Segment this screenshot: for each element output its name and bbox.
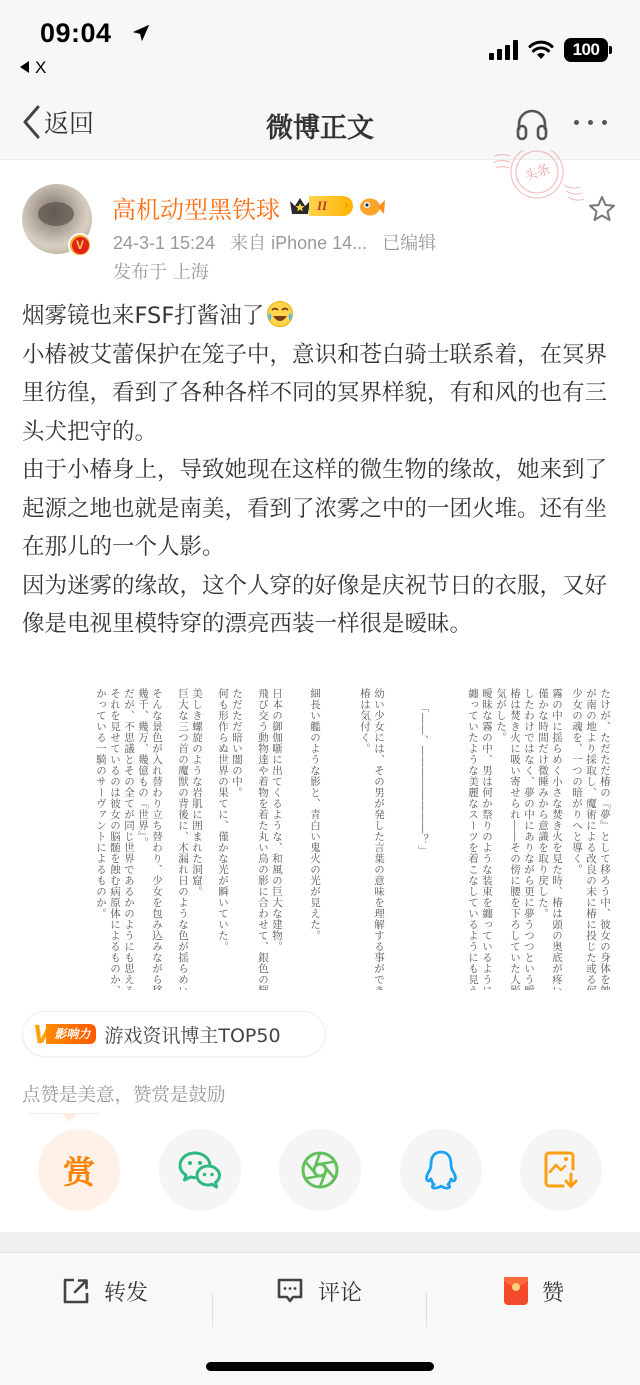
post-paragraph: 因为迷雾的缘故，这个人穿的好像是庆祝节日的衣服，又好像是电视里模特穿的漂亮西装一… [22,567,622,644]
influence-badge: V 影响力 [33,1023,96,1045]
back-app-label: X [35,58,46,77]
home-indicator[interactable] [206,1362,434,1371]
post-meta: 24-3-1 15:24 来自 iPhone 14... 已编辑 [113,229,446,255]
post-source[interactable]: 来自 iPhone 14... [230,233,367,253]
wifi-icon [528,40,554,60]
crown-icon [289,195,311,217]
post-date: 24-3-1 15:24 [113,233,215,253]
reward-button[interactable]: 赏 [38,1129,120,1211]
status-bar: 09:04 X 100 [0,0,640,90]
more-dot [574,120,579,125]
post-location: 发布于 上海 [113,258,209,284]
tooltip-arrow-icon [62,1114,76,1122]
verified-badge-label: V [72,237,89,254]
back-triangle-icon [20,61,29,73]
aperture-icon [300,1150,340,1190]
member-badge[interactable]: II [289,195,353,217]
book-text-column: 少女の魂を、一つの暗がりへと導く。 [570,688,584,875]
toolbar-divider [212,1293,213,1327]
back-to-app-button[interactable]: X [20,58,46,78]
book-text-column: が南の地より採取し、魔術による改良の末に椿に投じた或る何かの末裔が [584,688,598,990]
wechat-icon [178,1150,222,1190]
section-divider [0,1232,640,1252]
comment-button[interactable]: 评论 [276,1273,362,1309]
status-indicators: 100 [489,38,608,62]
comment-label: 评论 [318,1276,362,1307]
repost-label: 转发 [104,1276,148,1307]
share-wechat-button[interactable] [159,1129,241,1211]
laugh-cry-emoji-icon [266,300,294,328]
reward-label: 赏 [63,1147,95,1193]
like-label: 赞 [542,1276,564,1307]
avatar-cat-face [38,202,74,226]
book-text-column: 美しき螺旋のような岩肌に囲まれた洞窟。 [190,688,204,897]
book-text-column: 曖昧な霧の中、男は何か祭りのような装束を纏っているようにも、テレ [480,688,494,990]
book-text-column: 僅かな時間だけ微睡みから意識を取り戻した。 [536,688,550,919]
qq-penguin-icon [424,1150,458,1190]
post-text-line: 烟雾镜也来FSF打酱油了 [22,303,264,329]
post-paragraph: 由于小椿身上，导致她现在这样的微生物的缘故，她来到了起源之地也就是南美，看到了浓… [22,451,622,567]
book-text-column: それを見せているのは彼女の脳髄を蝕む病原体によるものか、あるいは彼 [108,688,122,990]
star-icon[interactable] [587,194,617,224]
svg-text:头条: 头条 [522,161,552,185]
book-text-column: 細長い艦のような影と、青白い鬼火の光が見えた。 [308,688,322,941]
book-text-column: したわけではなく、夢の中にありながら更に夢うつつという曖昧な状態とし [522,688,536,990]
book-text-column: 椿は焚き火に吸い寄せられ――その傍に腰を下ろしていた人影に、何か [508,688,522,990]
signal-icon [489,40,518,60]
share-moments-button[interactable] [279,1129,361,1211]
book-text-column: かっている一騎のサーヴァントによるものか。 [94,688,108,919]
book-text-column: 日本の御伽噺に出てくるような、和風の巨大な建物。 [270,688,284,952]
post-body: 烟雾镜也来FSF打酱油了 小椿被艾蕾保护在笼子中，意识和苍白骑士联系着，在冥界里… [22,297,622,644]
post-image[interactable]: たけが、ただただ椿の『夢』として移ろう中、彼女の身体を蝕む微生物 が南の地より採… [30,688,616,990]
book-text-column: そんな景色が入れ替わり立ち替わり、少女を包み込みながら移ろい行く。 [150,688,164,990]
more-dot [602,120,607,125]
book-text-column: 幾千、幾万、幾億もの『世界』。 [136,688,150,848]
book-text-column: 飛び交う動物達や着物を着た丸い鳥の影に合わせて、銀色の輝きが見えた。 [256,688,270,990]
book-text-column: 「――、――――――――？」 [416,702,430,856]
post-paragraph: 烟雾镜也来FSF打酱油了 [22,297,622,336]
book-text-column: 霧の中に揺らめく小さな焚き火を見た時、椿は頭の奥底が疼いたような気 [550,688,564,990]
comment-icon [276,1277,304,1305]
save-image-button[interactable] [520,1129,602,1211]
influence-tag[interactable]: V 影响力 游戏资讯博主TOP50 [22,1011,326,1057]
book-text-column: 巨大な三つ首の魔獣の背後に、木漏れ日のような色が揺らめいていた。 [176,688,190,990]
fish-badge-icon[interactable] [359,195,385,217]
level-badge: II [309,196,353,216]
reward-hint: 点赞是美意，赞赏是鼓励 [22,1081,226,1107]
book-text-column: 椿は気付く。 [358,688,372,754]
image-download-icon [543,1150,579,1190]
influence-badge-label: 影响力 [46,1024,96,1044]
location-arrow-icon [130,22,152,44]
book-text-column: ただただ暗い闇の中。 [230,688,244,798]
repost-button[interactable]: 转发 [62,1273,148,1309]
headline-stamp-icon: 头条 [492,150,592,220]
verified-badge: V [68,233,92,257]
repost-icon [62,1277,90,1305]
like-button[interactable]: 赞 [504,1273,564,1309]
headphone-icon[interactable] [514,106,550,142]
book-text-column: 何も形作らぬ世界の果てに、僅かな光が瞬いていた。 [216,688,230,952]
book-text-column: たけが、ただただ椿の『夢』として移ろう中、彼女の身体を蝕む微生物 [598,688,612,990]
book-text-column: 幼い少女には、その男が発した言葉の意味を理解する事ができなかった。 [372,688,386,990]
book-text-column: 纏っていたような美麗なスーツを着こなしているようにも見える。 [466,688,480,990]
book-text-column: 気がした。 [494,688,508,743]
toolbar-divider [426,1293,427,1327]
influence-text: 游戏资讯博主TOP50 [104,1021,280,1048]
share-row: 赏 [0,1129,640,1211]
red-envelope-like-icon [504,1277,528,1305]
more-dot [588,120,593,125]
battery-icon: 100 [564,38,608,62]
status-time: 09:04 [40,18,112,49]
post-paragraph: 小椿被艾蕾保护在笼子中，意识和苍白骑士联系着，在冥界里彷徨，看到了各种各样不同的… [22,336,622,452]
post-edited[interactable]: 已编辑 [382,233,436,253]
book-text-column: だが、不思議とその全てが同じ世界であるかのようにも思える。 [122,688,136,990]
share-qq-button[interactable] [400,1129,482,1211]
more-button[interactable] [574,120,607,125]
username[interactable]: 高机动型黑铁球 [112,190,280,225]
